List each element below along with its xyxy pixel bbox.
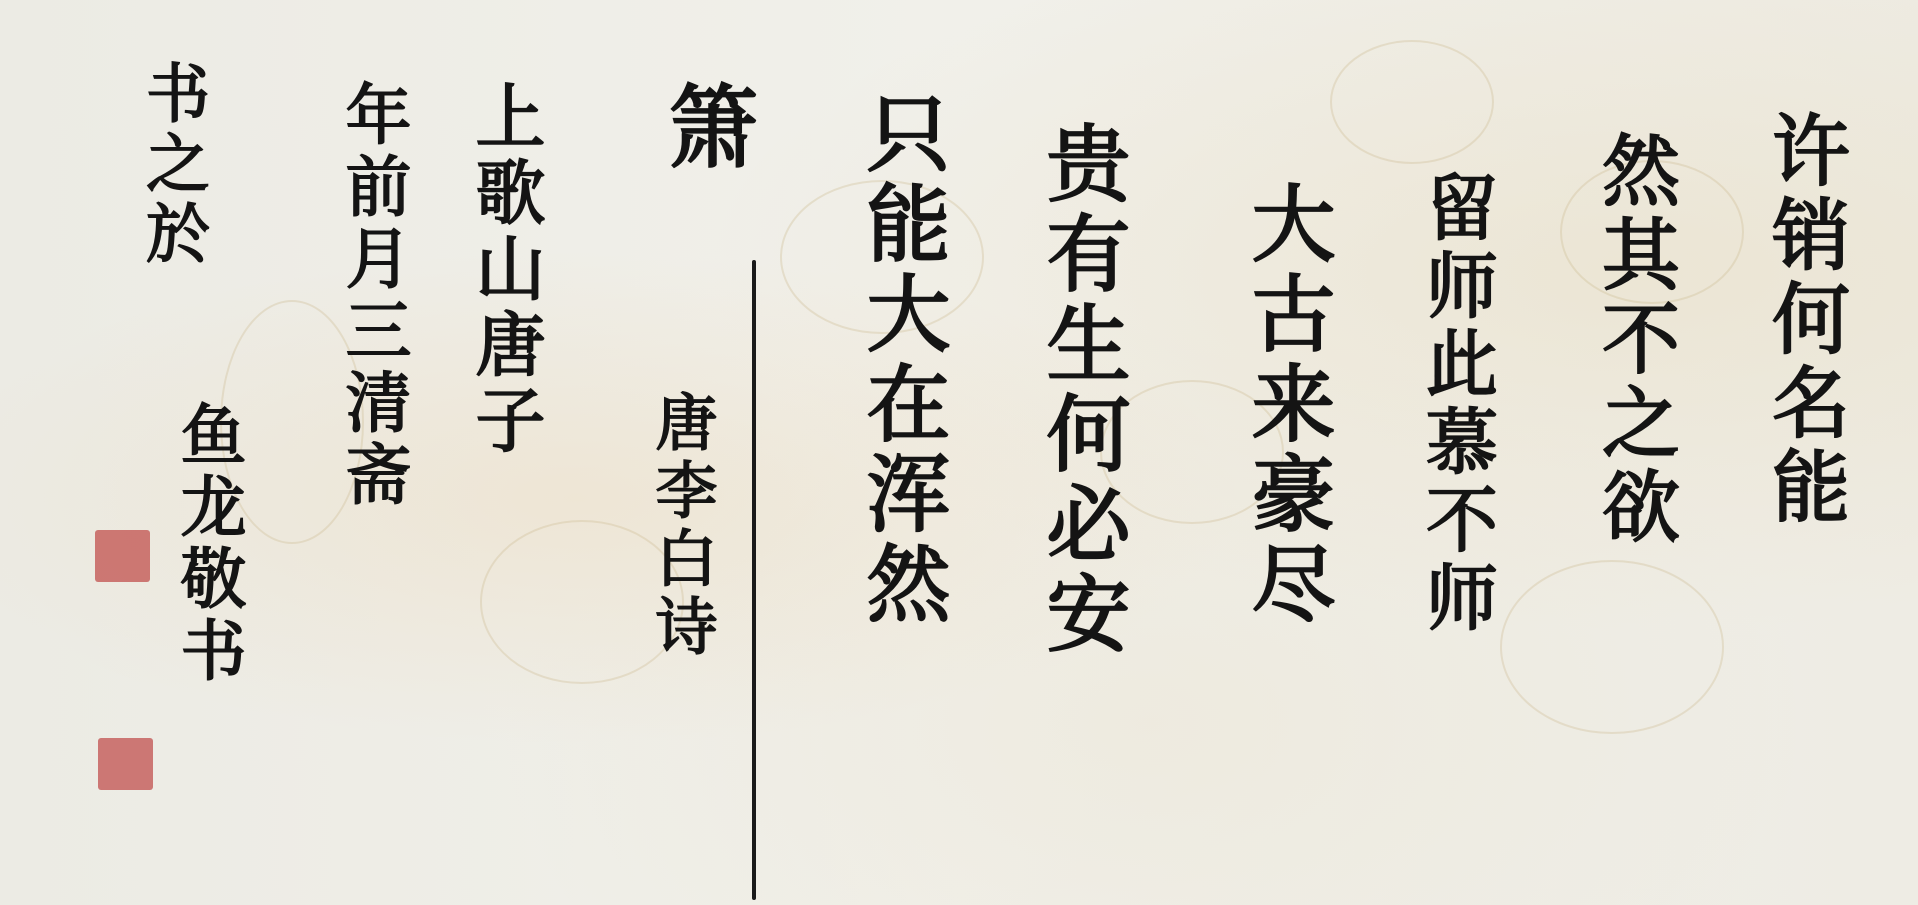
text-column-1: 许销何名能 <box>1765 110 1843 530</box>
cloud-pattern <box>1330 40 1494 164</box>
text-column-2: 然其不之欲 <box>1595 130 1673 550</box>
text-column-3: 留师此慕不师 <box>1420 170 1492 638</box>
inscription-column-5: 鱼龙敬书 <box>175 400 241 688</box>
text-column-7: 箫 <box>660 80 750 176</box>
calligraphy-paper: 许销何名能 然其不之欲 留师此慕不师 大古来豪尽 贵有生何必安 只能大在浑然 箫… <box>0 0 1918 905</box>
inscription-column-2: 上歌山唐子 <box>470 80 540 460</box>
long-ink-stroke <box>752 260 756 900</box>
text-column-5: 贵有生何必安 <box>1040 120 1124 660</box>
red-seal-2 <box>98 738 153 790</box>
cloud-pattern <box>1500 560 1724 734</box>
red-seal-1 <box>95 530 150 582</box>
inscription-column-1: 唐李白诗 <box>650 390 712 662</box>
inscription-column-3: 年前月三清斋 <box>340 80 406 512</box>
text-column-4: 大古来豪尽 <box>1245 180 1329 630</box>
text-column-6: 只能大在浑然 <box>860 90 944 630</box>
inscription-column-4: 书之於 <box>140 60 204 270</box>
